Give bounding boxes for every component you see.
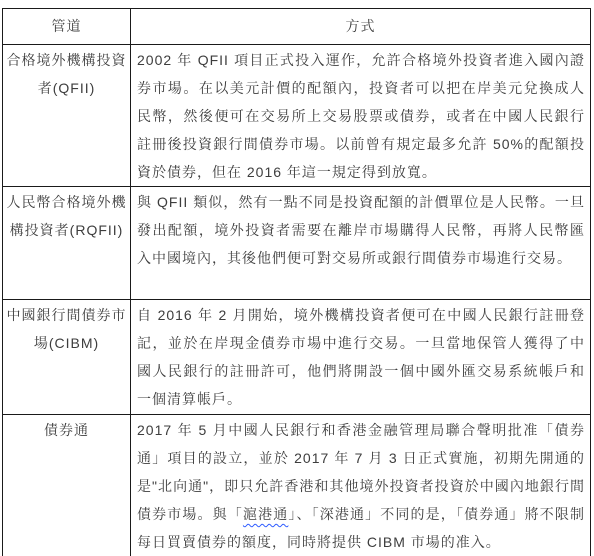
channel-cell-qfii: 合格境外機構投資者(QFII): [3, 45, 131, 187]
table-header-row: 管道 方式: [3, 9, 591, 45]
spellcheck-squiggle-text: 滬港通: [243, 506, 288, 522]
channels-table: 管道 方式 合格境外機構投資者(QFII) 2002 年 QFII 項目正式投入…: [2, 8, 591, 556]
channel-cell-bond-connect: 債券通: [3, 415, 131, 556]
table-row-qfii: 合格境外機構投資者(QFII) 2002 年 QFII 項目正式投入運作，允許合…: [3, 45, 591, 187]
table-row-cibm: 中國銀行間債券市場(CIBM) 自 2016 年 2 月開始，境外機構投資者便可…: [3, 300, 591, 415]
method-cell-bond-connect: 2017 年 5 月中國人民銀行和香港金融管理局聯合聲明批准「債券通」項目的設立…: [131, 415, 591, 556]
method-cell-rqfii: 與 QFII 類似，然有一點不同是投資配額的計價單位是人民幣。一旦發出配額，境外…: [131, 187, 591, 300]
column-header-method: 方式: [131, 9, 591, 45]
channel-cell-cibm: 中國銀行間債券市場(CIBM): [3, 300, 131, 415]
table-row-bond-connect: 債券通 2017 年 5 月中國人民銀行和香港金融管理局聯合聲明批准「債券通」項…: [3, 415, 591, 556]
table-row-rqfii: 人民幣合格境外機構投資者(RQFII) 與 QFII 類似，然有一點不同是投資配…: [3, 187, 591, 300]
document-page: 管道 方式 合格境外機構投資者(QFII) 2002 年 QFII 項目正式投入…: [0, 0, 594, 556]
column-header-channel: 管道: [3, 9, 131, 45]
method-cell-cibm: 自 2016 年 2 月開始，境外機構投資者便可在中國人民銀行註冊登記，並於在岸…: [131, 300, 591, 415]
method-cell-qfii: 2002 年 QFII 項目正式投入運作，允許合格境外投資者進入國內證券市場。在…: [131, 45, 591, 187]
channel-cell-rqfii: 人民幣合格境外機構投資者(RQFII): [3, 187, 131, 300]
